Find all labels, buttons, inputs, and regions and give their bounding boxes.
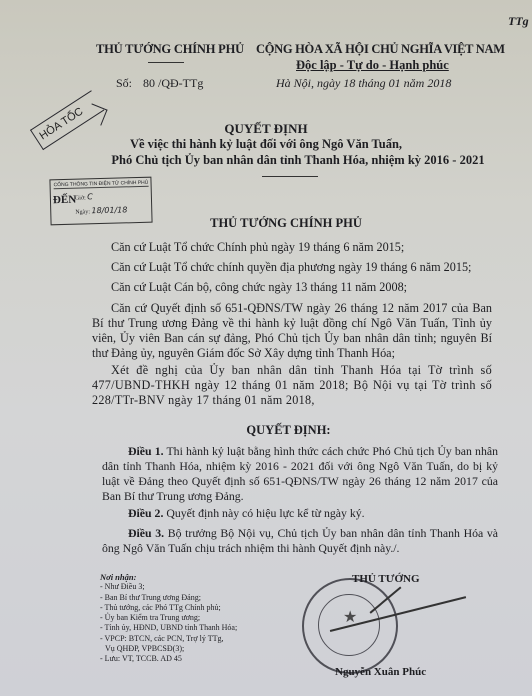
country-name: CỘNG HÒA XÃ HỘI CHỦ NGHĨA VIỆT NAM: [256, 42, 505, 57]
article-1: Điều 1. Thi hành kỷ luật bằng hình thức …: [102, 444, 498, 504]
recipient-item: - Thủ tướng, các Phó TTg Chính phủ;: [100, 603, 237, 613]
recipient-item: Vụ QHĐP, VPBCSĐ(3);: [100, 644, 237, 654]
basis-2: Căn cứ Luật Tổ chức chính quyền địa phươ…: [111, 260, 471, 275]
article-3: Điều 3. Bộ trưởng Bộ Nội vụ, Chủ tịch Ủy…: [102, 526, 498, 556]
signer-title: THỦ TƯỚNG: [352, 573, 420, 585]
national-motto: Độc lập - Tự do - Hạnh phúc: [296, 58, 449, 73]
issuer-underline: [148, 62, 184, 63]
decision-heading: QUYẾT ĐỊNH:: [0, 423, 532, 438]
recipients-list: Nơi nhận: - Như Điều 3; - Ban Bí thư Tru…: [100, 572, 237, 665]
basis-4: Căn cứ Quyết định số 651-QĐNS/TW ngày 26…: [92, 301, 492, 361]
title-divider: [262, 176, 318, 177]
authority-heading: THỦ TƯỚNG CHÍNH PHỦ: [0, 216, 532, 231]
issuer-name: THỦ TƯỚNG CHÍNH PHỦ: [96, 42, 244, 57]
received-stamp-org: CỔNG THÔNG TIN ĐIỆN TỬ CHÍNH PHỦ: [53, 180, 148, 189]
document-number: Số: 80 /QĐ-TTg: [116, 76, 203, 91]
decision-document: TTg THỦ TƯỚNG CHÍNH PHỦ CỘNG HÒA XÃ HỘI …: [0, 0, 532, 696]
article-2: Điều 2. Quyết định này có hiệu lực kể từ…: [102, 506, 498, 521]
document-date: Hà Nội, ngày 18 tháng 01 năm 2018: [276, 76, 451, 91]
decision-subject-line1: Về việc thi hành kỷ luật đối với ông Ngô…: [0, 137, 532, 152]
recipient-item: - Ủy ban Kiểm tra Trung ương;: [100, 613, 237, 623]
recipient-item: - Như Điều 3;: [100, 582, 237, 592]
received-stamp-label: ĐẾN: [53, 194, 77, 207]
received-date: Ngày: 18/01/18: [75, 205, 127, 215]
decision-subject-line2: Phó Chủ tịch Ủy ban nhân dân tỉnh Thanh …: [108, 153, 488, 168]
recipient-item: - VPCP: BTCN, các PCN, Trợ lý TTg,: [100, 634, 237, 644]
number-value: 80 /QĐ-TTg: [143, 76, 203, 90]
basis-1: Căn cứ Luật Tổ chức Chính phủ ngày 19 th…: [111, 240, 404, 255]
basis-5: Xét đề nghị của Ủy ban nhân dân tỉnh Tha…: [92, 363, 492, 408]
recipient-item: - Tỉnh ủy, HĐND, UBND tỉnh Thanh Hóa;: [100, 623, 237, 633]
corner-handwritten-mark: TTg: [508, 14, 529, 29]
recipient-item: - Lưu: VT, TCCB. AD 45: [100, 654, 237, 664]
signer-name: Nguyễn Xuân Phúc: [335, 666, 426, 678]
recipient-item: - Ban Bí thư Trung ương Đảng;: [100, 593, 237, 603]
basis-3: Căn cứ Luật Cán bộ, công chức ngày 13 th…: [111, 280, 407, 295]
number-label: Số:: [116, 76, 132, 90]
decision-title: QUYẾT ĐỊNH: [0, 121, 532, 137]
received-time: Giờ: C: [75, 192, 93, 201]
